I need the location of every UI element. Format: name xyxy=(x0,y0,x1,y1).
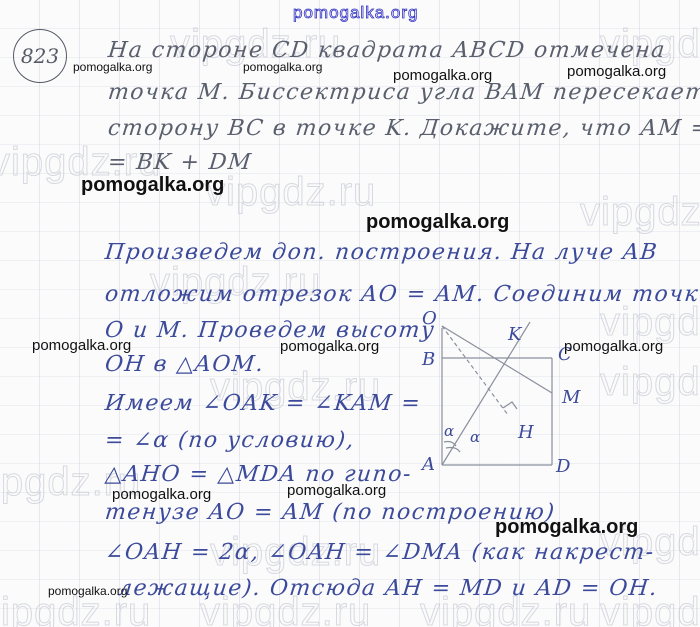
solution-line: ∠OAH = 2α, ∠OAH = ∠DMA (как накрест- xyxy=(104,540,656,565)
solution-line: лежащие). Отсюда AH = MD и AD = OH. xyxy=(117,576,660,601)
solution-line: тенузе AO = AM (по построению) xyxy=(104,500,557,525)
geometry-diagram: O B C K M H A D α α xyxy=(400,300,700,480)
solution-line: Имеем ∠OAK = ∠KAM = xyxy=(104,391,423,416)
problem-number: 823 xyxy=(13,29,67,83)
point-label-k: K xyxy=(507,324,523,345)
statement-line: = BK + DM xyxy=(107,150,254,175)
problem-number-text: 823 xyxy=(21,44,59,68)
angle-label: α xyxy=(444,422,454,440)
overlay-watermark: pomogalka.org xyxy=(73,60,152,74)
overlay-watermark: pomogalka.org xyxy=(393,67,492,84)
angle-label: α xyxy=(470,428,480,446)
overlay-watermark: pomogalka.org xyxy=(567,63,666,80)
solution-line: OH в △AOM. xyxy=(104,352,266,377)
point-label-b: B xyxy=(421,349,435,370)
statement-line: сторону BC в точке K. Докажите, что AM = xyxy=(107,116,700,141)
overlay-watermark: pomogalka.org xyxy=(287,482,386,499)
point-label-h: H xyxy=(517,422,534,443)
point-label-d: D xyxy=(555,456,571,477)
overlay-watermark: pomogalka.org xyxy=(564,338,663,355)
overlay-watermark: pomogalka.org xyxy=(48,584,127,598)
solution-line: Произведем доп. построения. На луче AB xyxy=(104,240,660,265)
statement-line: На стороне CD квадрата ABCD отмечена xyxy=(107,38,667,63)
background-watermark: vipgdz.ru xyxy=(580,190,700,235)
solution-line: O и M. Проведем высоту xyxy=(104,318,437,343)
overlay-watermark: pomogalka.org xyxy=(81,174,224,197)
background-watermark: vipgdz.ru xyxy=(205,170,376,215)
top-watermark: pomogalka.org xyxy=(293,3,418,23)
solution-line: = ∠α (по условию), xyxy=(104,428,357,453)
point-label-a: A xyxy=(420,454,435,475)
overlay-watermark: pomogalka.org xyxy=(243,60,322,74)
homework-page: vipgdz.ru vipgdz.ru vipgdz.ru vipgdz.ru … xyxy=(0,0,700,627)
overlay-watermark: pomogalka.org xyxy=(495,516,638,539)
point-label-o: O xyxy=(422,308,437,329)
overlay-watermark: pomogalka.org xyxy=(32,337,131,354)
overlay-watermark: pomogalka.org xyxy=(112,486,211,503)
overlay-watermark: pomogalka.org xyxy=(280,338,379,355)
point-label-m: M xyxy=(561,387,581,408)
overlay-watermark: pomogalka.org xyxy=(366,211,509,234)
